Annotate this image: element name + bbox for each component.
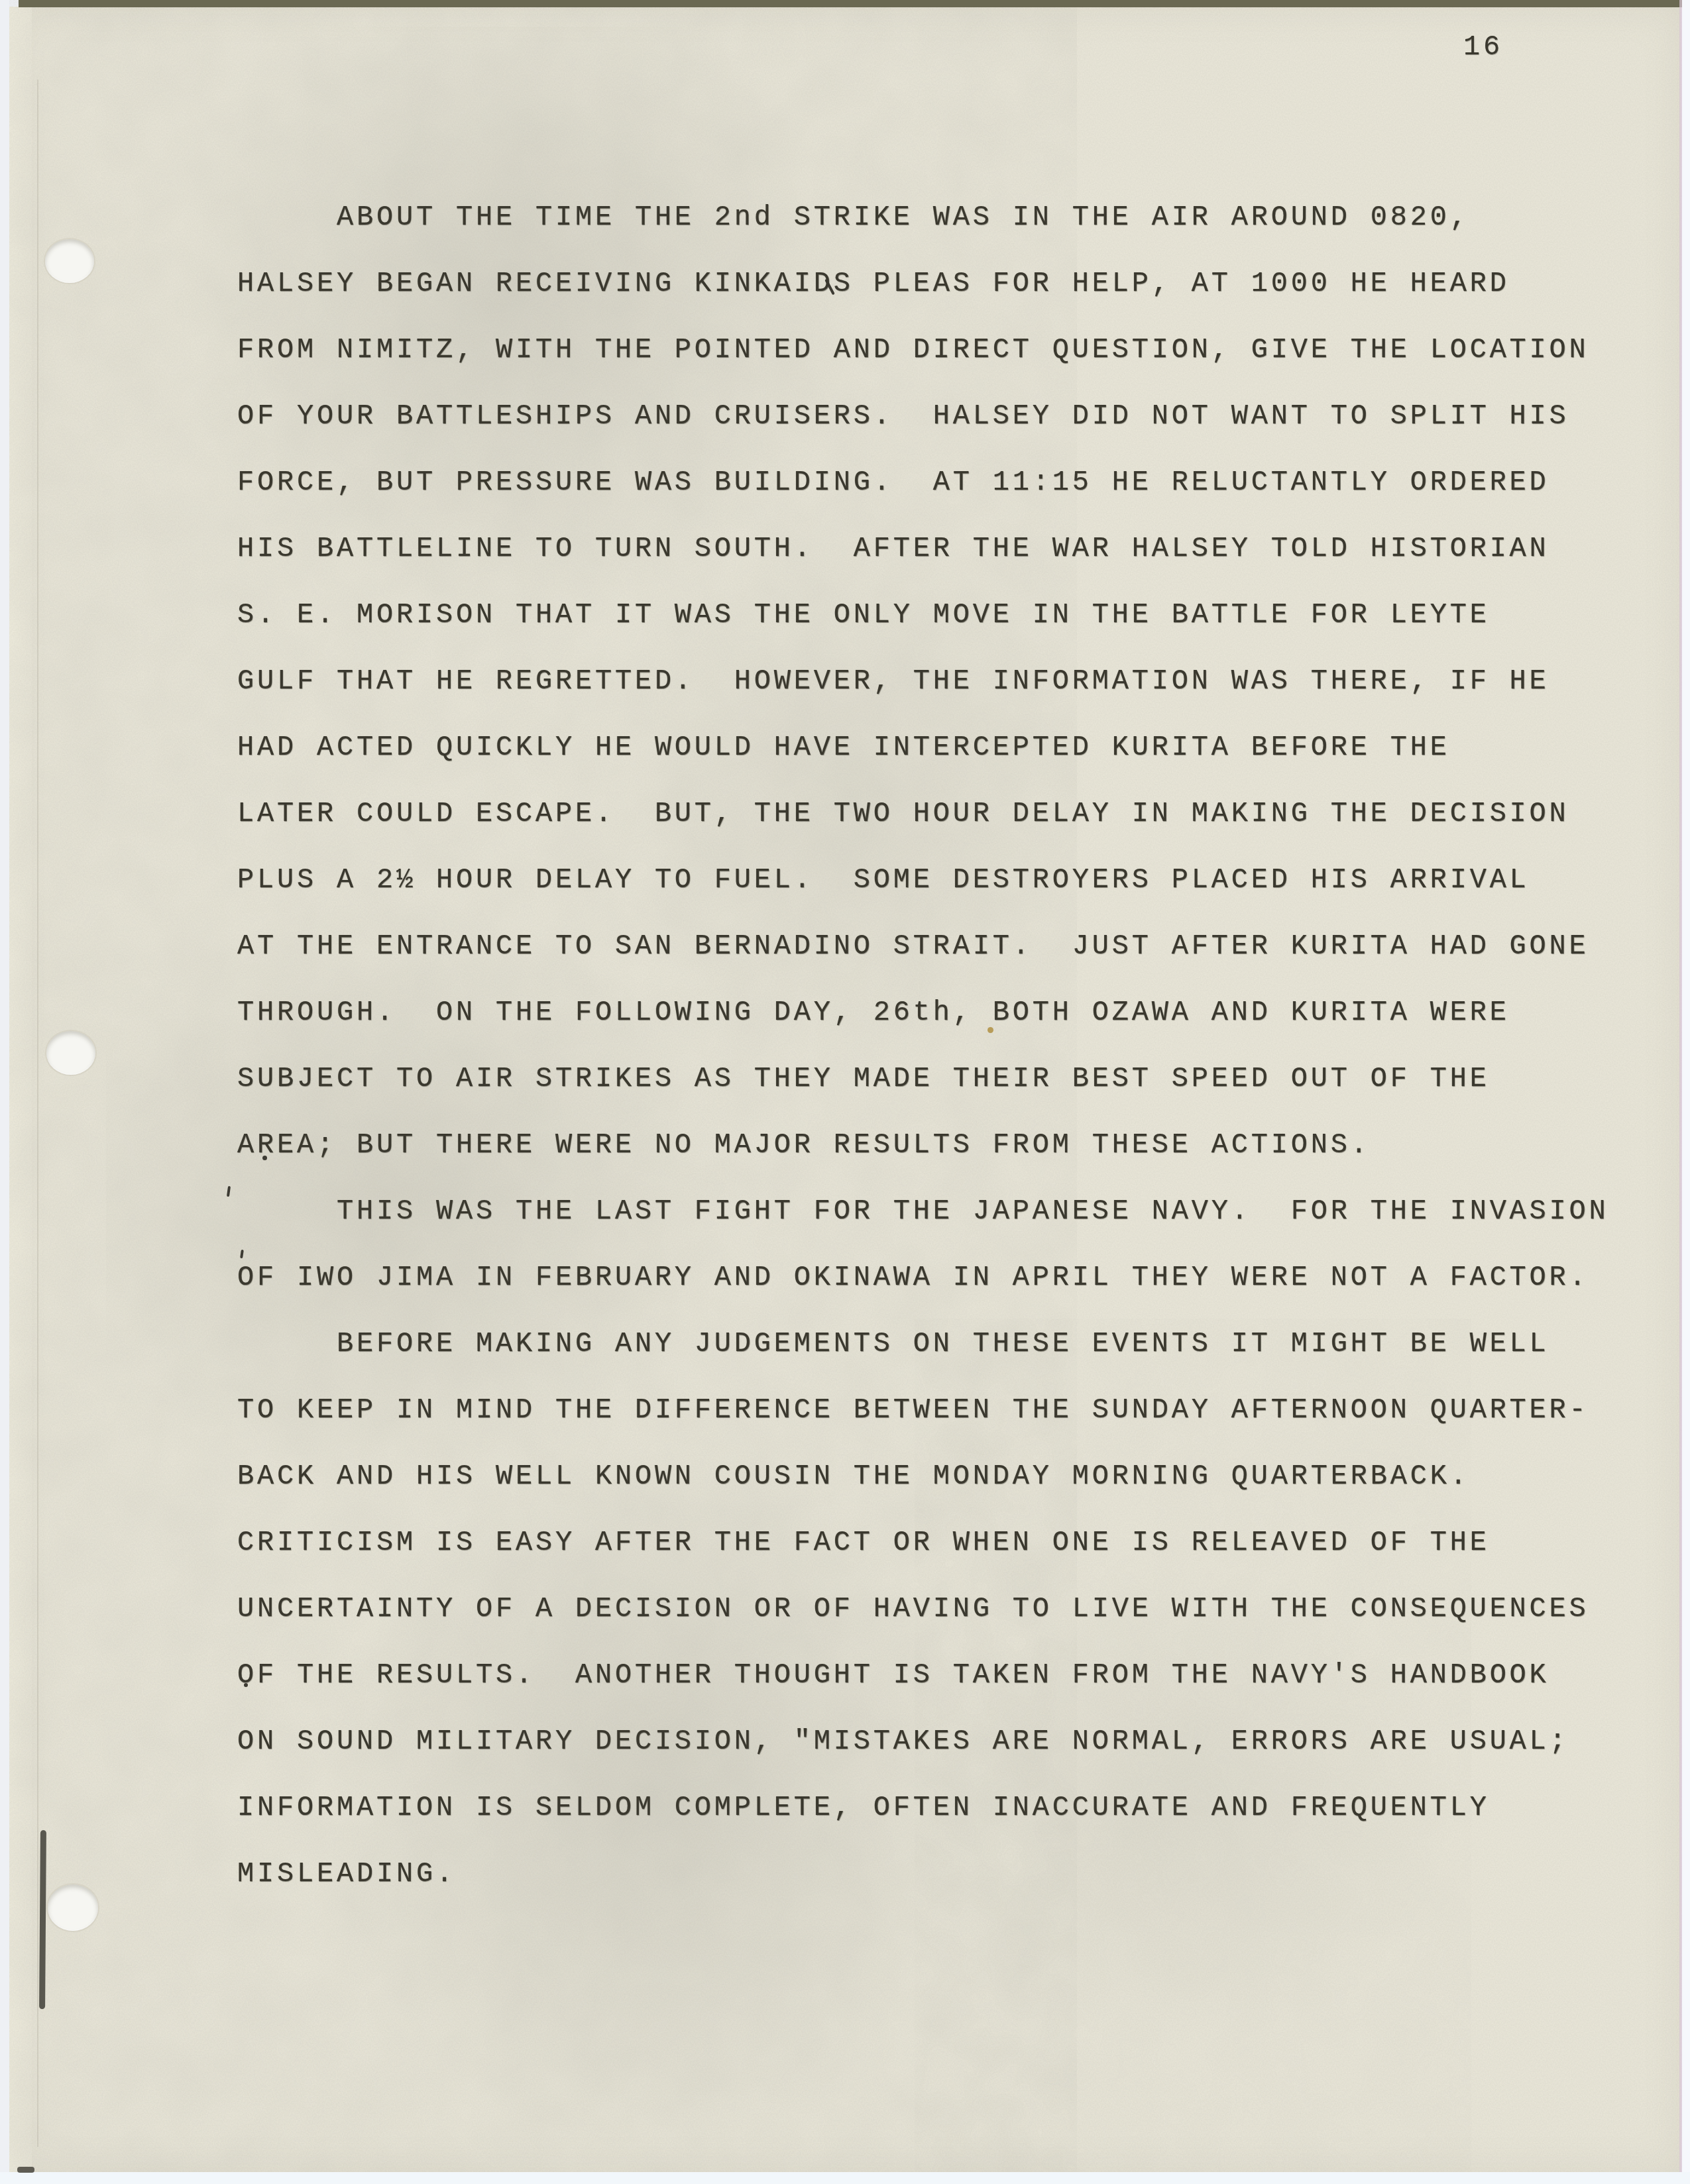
typed-line: ABOUT THE TIME THE 2nd STRIKE WAS IN THE… <box>237 184 1609 250</box>
scanned-document-page: 16 ABOUT THE TIME THE 2nd STRIKE WAS IN … <box>0 0 1690 2184</box>
typed-line: BACK AND HIS WELL KNOWN COUSIN THE MONDA… <box>237 1443 1609 1509</box>
typed-line: HAD ACTED QUICKLY HE WOULD HAVE INTERCEP… <box>237 714 1609 781</box>
typed-line: OF YOUR BATTLESHIPS AND CRUISERS. HALSEY… <box>237 383 1609 449</box>
typed-line: THROUGH. ON THE FOLLOWING DAY, 26th, BOT… <box>237 979 1609 1046</box>
typed-line: FROM NIMITZ, WITH THE POINTED AND DIRECT… <box>237 317 1609 383</box>
typed-line: AT THE ENTRANCE TO SAN BERNADINO STRAIT.… <box>237 913 1609 979</box>
ink-speck <box>17 2167 34 2173</box>
typed-line: MISLEADING. <box>237 1841 1609 1907</box>
typed-line: S. E. MORISON THAT IT WAS THE ONLY MOVE … <box>237 582 1609 648</box>
typed-line: BEFORE MAKING ANY JUDGEMENTS ON THESE EV… <box>237 1311 1609 1377</box>
typed-line: HIS BATTLELINE TO TURN SOUTH. AFTER THE … <box>237 516 1609 582</box>
typed-line: THIS WAS THE LAST FIGHT FOR THE JAPANESE… <box>237 1178 1609 1244</box>
scanner-top-bar <box>19 0 1690 7</box>
typed-line: OF IWO JIMA IN FEBRUARY AND OKINAWA IN A… <box>237 1244 1609 1311</box>
paper-left-margin-band <box>9 7 32 2172</box>
typed-line: UNCERTAINTY OF A DECISION OR OF HAVING T… <box>237 1576 1609 1642</box>
typed-line: GULF THAT HE REGRETTED. HOWEVER, THE INF… <box>237 648 1609 714</box>
punch-hole <box>45 239 94 283</box>
scanner-left-strip <box>0 0 9 2184</box>
pen-stroke-mark <box>39 1830 46 2009</box>
typed-line: PLUS A 2½ HOUR DELAY TO FUEL. SOME DESTR… <box>237 847 1609 913</box>
typed-line: SUBJECT TO AIR STRIKES AS THEY MADE THEI… <box>237 1046 1609 1112</box>
typed-line: FORCE, BUT PRESSURE WAS BUILDING. AT 11:… <box>237 449 1609 516</box>
typed-line: OF THE RESULTS. ANOTHER THOUGHT IS TAKEN… <box>237 1642 1609 1708</box>
typed-line: INFORMATION IS SELDOM COMPLETE, OFTEN IN… <box>237 1774 1609 1841</box>
punch-hole <box>46 1031 95 1075</box>
typed-line: TO KEEP IN MIND THE DIFFERENCE BETWEEN T… <box>237 1377 1609 1443</box>
typed-line: ON SOUND MILITARY DECISION, "MISTAKES AR… <box>237 1708 1609 1774</box>
typed-lines: ABOUT THE TIME THE 2nd STRIKE WAS IN THE… <box>237 184 1609 1907</box>
punch-hole <box>48 1884 98 1931</box>
scanner-bottom-strip <box>0 2172 1690 2184</box>
typed-line: AREA; BUT THERE WERE NO MAJOR RESULTS FR… <box>237 1112 1609 1178</box>
typed-line: LATER COULD ESCAPE. BUT, THE TWO HOUR DE… <box>237 781 1609 847</box>
paper-crease-line <box>37 80 38 2147</box>
typed-line: CRITICISM IS EASY AFTER THE FACT OR WHEN… <box>237 1509 1609 1576</box>
scanner-right-strip <box>1682 0 1690 2184</box>
typed-line: HALSEY BEGAN RECEIVING KINKAIDS PLEAS FO… <box>237 250 1609 317</box>
page-number: 16 <box>1463 33 1503 61</box>
